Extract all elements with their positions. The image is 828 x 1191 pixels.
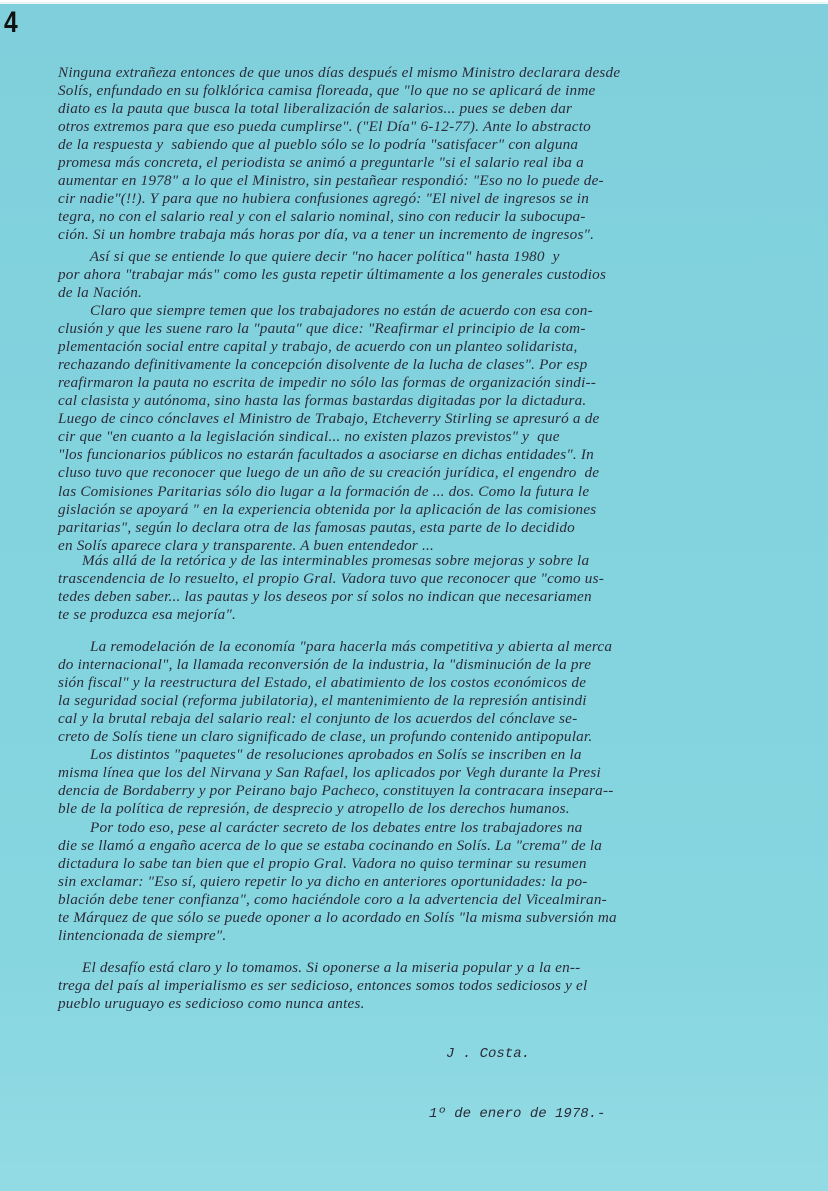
text-line: Más allá de la retórica y de las intermi… (58, 552, 589, 570)
text-line: dencia de Bordaberry y por Peirano bajo … (58, 782, 613, 800)
text-line: por ahora "trabajar más" como les gusta … (58, 266, 606, 284)
text-line: te se produzca esa mejoría". (58, 606, 236, 624)
text-line: cal y la brutal rebaja del salario real:… (58, 710, 577, 728)
text-line: plementación social entre capital y trab… (58, 338, 578, 356)
text-line: Luego de cinco cónclaves el Ministro de … (58, 410, 599, 428)
text-line: El desafío está claro y lo tomamos. Si o… (58, 959, 580, 977)
text-line: cir que "en cuanto a la legislación sind… (58, 428, 560, 446)
text-line: sión fiscal" y la reestructura del Estad… (58, 674, 586, 692)
text-line: cal clasista y autónoma, sino hasta las … (58, 392, 586, 410)
text-line: sin exclamar: "Eso sí, quiero repetir lo… (58, 873, 588, 891)
text-line: tedes deben saber... las pautas y los de… (58, 588, 592, 606)
text-line: pueblo uruguayo es sedicioso como nunca … (58, 995, 365, 1013)
text-line: otros extremos para que eso pueda cumpli… (58, 118, 591, 136)
text-line: creto de Solís tiene un claro significad… (58, 728, 592, 746)
text-line: lintencionada de siempre". (58, 927, 226, 945)
text-line: reafirmaron la pauta no escrita de imped… (58, 374, 596, 392)
text-line: aumentar en 1978" a lo que el Ministro, … (58, 172, 604, 190)
text-line: rechazando definitivamente la concepción… (58, 356, 587, 374)
signature: J . Costa. (446, 1046, 530, 1062)
date-line: 1º de enero de 1978.- (429, 1106, 605, 1122)
text-line: do internacional", la llamada reconversi… (58, 656, 591, 674)
text-line: La remodelación de la economía "para hac… (58, 638, 612, 656)
text-line: de la respuesta y sabiendo que al pueblo… (58, 136, 578, 154)
text-line: las Comisiones Paritarias sólo dio lugar… (58, 483, 589, 501)
document-page: 4 Ninguna extrañeza entonces de que unos… (0, 2, 828, 1191)
text-line: trega del país al imperialismo es ser se… (58, 977, 587, 995)
text-line: "los funcionarios públicos no estarán fa… (58, 446, 594, 464)
text-line: die se llamó a engaño acerca de lo que s… (58, 837, 602, 855)
text-line: tegra, no con el salario real y con el s… (58, 208, 586, 226)
text-line: paritarias", según lo declara otra de la… (58, 519, 575, 537)
text-line: dictadura lo sabe tan bien que el propio… (58, 855, 587, 873)
text-line: Los distintos "paquetes" de resoluciones… (58, 746, 582, 764)
text-line: diato es la pauta que busca la total lib… (58, 100, 572, 118)
text-line: Claro que siempre temen que los trabajad… (58, 302, 593, 320)
text-line: gislación se apoyará " en la experiencia… (58, 501, 596, 519)
text-line: misma línea que los del Nirvana y San Ra… (58, 764, 601, 782)
text-line: la seguridad social (reforma jubilatoria… (58, 692, 587, 710)
text-line: blación debe tener confianza", como haci… (58, 891, 607, 909)
page-number: 4 (4, 6, 18, 40)
text-line: Así si que se entiende lo que quiere dec… (58, 248, 560, 266)
text-line: Solís, enfundado en su folklórica camisa… (58, 82, 595, 100)
text-line: Por todo eso, pese al carácter secreto d… (58, 819, 582, 837)
text-line: ción. Si un hombre trabaja más horas por… (58, 226, 594, 244)
text-line: trascendencia de lo resuelto, el propio … (58, 570, 604, 588)
text-line: de la Nación. (58, 284, 142, 302)
text-line: te Márquez de que sólo se puede oponer a… (58, 909, 617, 927)
text-line: clusión y que les suene raro la "pauta" … (58, 320, 586, 338)
text-line: Ninguna extrañeza entonces de que unos d… (58, 64, 620, 82)
text-line: promesa más concreta, el periodista se a… (58, 154, 584, 172)
text-line: ble de la política de represión, de desp… (58, 800, 570, 818)
text-line: cir nadie"(!!). Y para que no hubiera co… (58, 190, 589, 208)
text-line: cluso tuvo que reconocer que luego de un… (58, 464, 599, 482)
